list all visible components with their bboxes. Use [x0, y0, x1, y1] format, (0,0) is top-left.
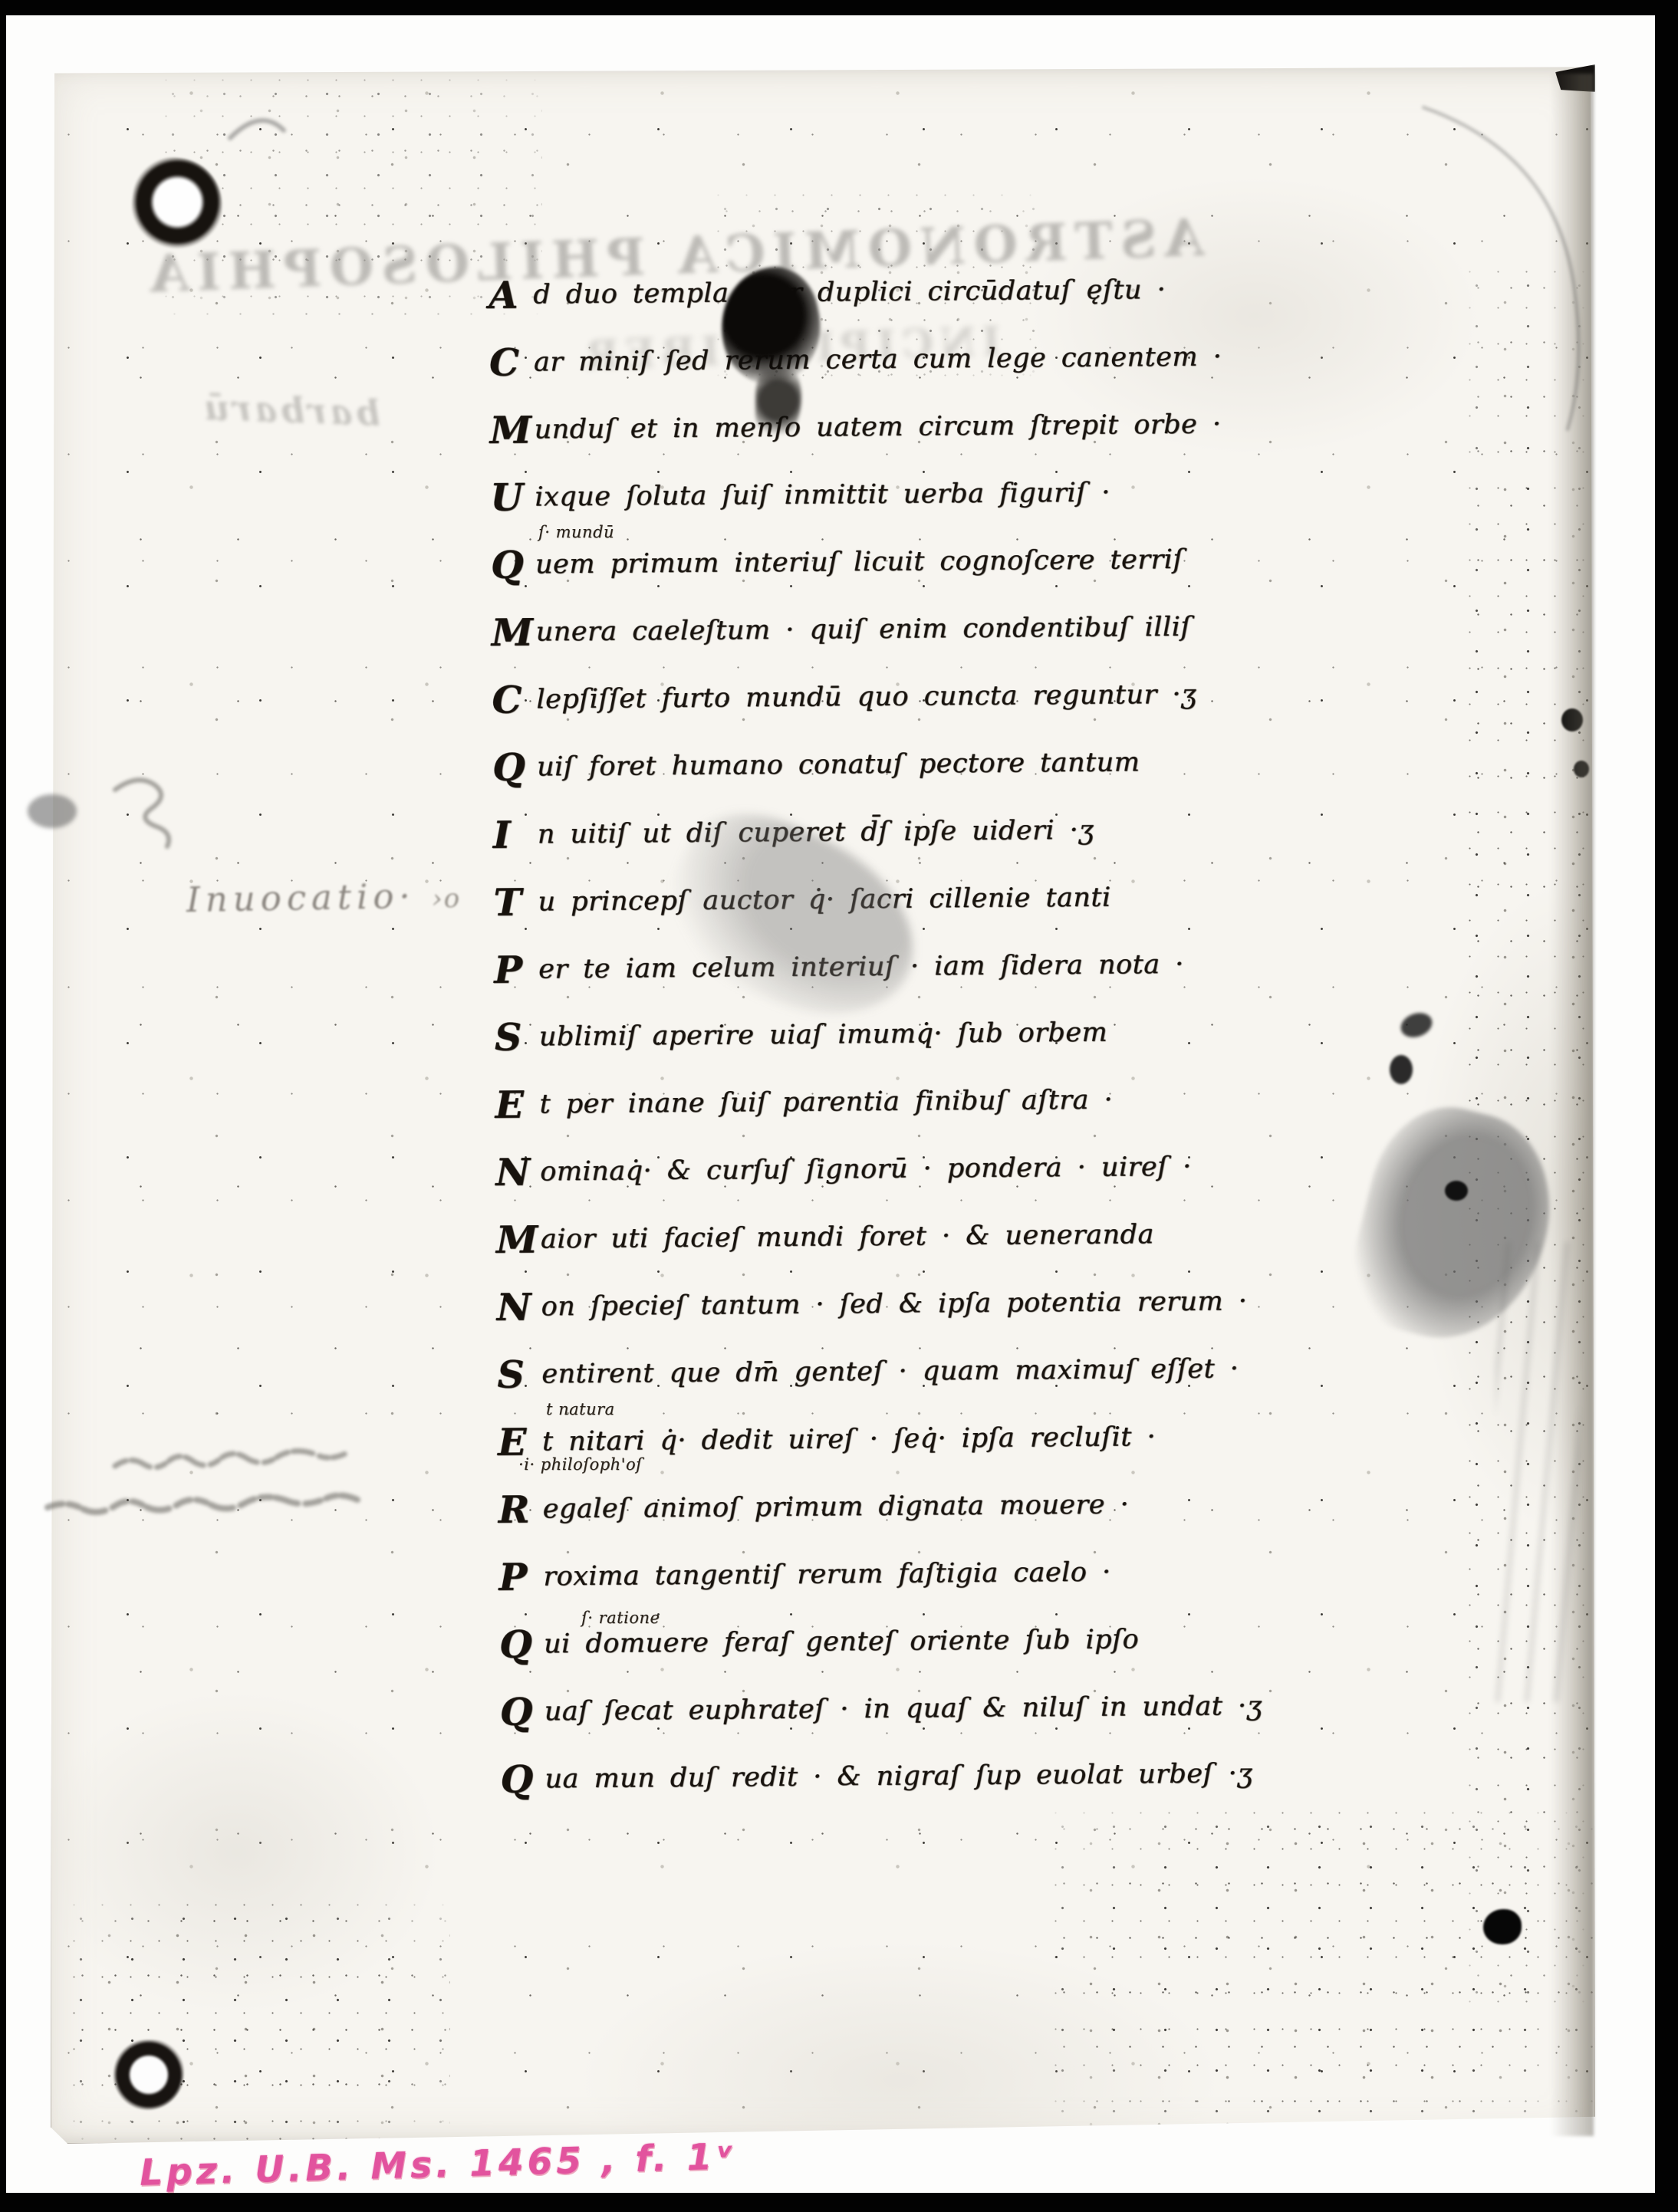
verse-text: unera caeleſtum · quiſ enim condentibuſ …: [536, 612, 1191, 648]
marginal-note-mark: ›o: [432, 883, 462, 915]
verse-block: Ad duo templa p̄tor duplici circūdatuſ ę…: [489, 267, 1263, 1825]
verse-text: roxima tangentiſ rerum faſtigia caelo ·: [543, 1557, 1111, 1592]
verse-initial: Q: [499, 1622, 544, 1666]
verse-text: t nitari q̇· dedit uireſ · ſeq̇· ipſa re…: [542, 1422, 1156, 1457]
verse-text: er te iam celum interiuſ · iam ſidera no…: [538, 949, 1184, 985]
verse-text: entirent que dm̄ genteſ · quam maximuſ e…: [541, 1353, 1239, 1389]
speckle-bottom-right: [1033, 1800, 1593, 2137]
verse-initial: C: [489, 340, 534, 384]
speckle-right-column: [1447, 258, 1593, 2022]
interlinear-gloss: t natura: [546, 1400, 615, 1418]
verse-line: Quiſ foret humano conatuſ pectore tantum: [492, 739, 1255, 813]
verse-text: n uitiſ ut diſ cuperet d̄ſ ipſe uideri ·…: [538, 815, 1094, 850]
verse-line: Qui domuere feraſ genteſ oriente ſub ipſ…: [499, 1616, 1262, 1690]
verse-line: Car miniſ ſed rerum certa cum lege canen…: [489, 334, 1252, 408]
verse-line: Tu princepſ auctor q̇· ſacri cillenie ta…: [493, 874, 1256, 948]
verse-line: Sublimiſ aperire uiaſ imumq̇· ſub orbem: [495, 1009, 1258, 1083]
verse-line: Munduſ et in menſo uatem circum ſtrepit …: [489, 402, 1252, 475]
verse-text: t per inane ſuiſ parentia finibuſ aſtra …: [539, 1085, 1113, 1120]
verse-initial: C: [492, 677, 536, 721]
verse-text: unduſ et in menſo uatem circum ſtrepit o…: [535, 409, 1222, 445]
speckle-bottom-left: [51, 1892, 450, 2145]
verse-initial: S: [497, 1352, 541, 1396]
verse-initial: S: [495, 1014, 539, 1059]
verse-initial: N: [496, 1284, 541, 1329]
verse-initial: M: [492, 610, 536, 654]
marginal-note-invocatio: Inuocatio· ›o: [186, 875, 462, 920]
verse-text: on ſpecieſ tantum · ſed & ipſa potentia …: [541, 1286, 1248, 1322]
verse-initial: Q: [492, 744, 537, 789]
verse-line: Et nitari q̇· dedit uireſ · ſeq̇· ipſa r…: [498, 1414, 1261, 1487]
verse-text: d duo templa p̄tor duplici circūdatuſ ęſ…: [533, 274, 1166, 310]
verse-initial: T: [493, 879, 538, 924]
interlinear-gloss: ſ· ratione: [581, 1609, 660, 1627]
verse-text: ar miniſ ſed rerum certa cum lege canent…: [534, 341, 1222, 377]
verse-text: ui domuere feraſ genteſ oriente ſub ipſo: [544, 1624, 1139, 1659]
verse-line: Clepſiſſet furto mundū quo cuncta regunt…: [492, 672, 1255, 745]
verse-initial: P: [494, 947, 538, 991]
verse-line: In uitiſ ut diſ cuperet d̄ſ ipſe uideri …: [493, 807, 1256, 880]
verse-text: uaſ ſecat euphrateſ · in quaſ & niluſ in…: [545, 1691, 1262, 1727]
verse-text: aior uti facieſ mundi foret · & uenerand…: [541, 1219, 1154, 1254]
verse-text: uiſ foret humano conatuſ pectore tantum: [537, 747, 1140, 782]
verse-text: ixque ſoluta ſuiſ inmittit uerba figuriſ…: [535, 478, 1110, 513]
verse-line: Maior uti facieſ mundi foret · & ueneran…: [496, 1211, 1259, 1285]
interlinear-gloss: ſ· mundū: [538, 523, 614, 541]
manuscript-photo: ASTRONOMICA PHILOSOPHIA INCIPIT LIBER ba…: [0, 0, 1678, 2212]
verse-line: Nominaq̇· & curſuſ ſignorū · pondera · u…: [495, 1144, 1258, 1218]
verse-text: ublimiſ aperire uiaſ imumq̇· ſub orbem: [539, 1017, 1108, 1053]
verse-initial: A: [489, 272, 533, 317]
verse-initial: I: [493, 812, 538, 856]
verse-text: egaleſ animoſ primum dignata mouere ·: [543, 1489, 1130, 1524]
verse-line: Et per inane ſuiſ parentia finibuſ aſtra…: [495, 1076, 1258, 1150]
verse-initial: N: [495, 1149, 540, 1194]
verse-initial: P: [498, 1554, 543, 1599]
verse-line: Quaſ ſecat euphrateſ · in quaſ & niluſ i…: [500, 1684, 1263, 1757]
verse-text: ua mun duſ redit · & nigraſ ſup euolat u…: [545, 1758, 1252, 1794]
verse-initial: Q: [500, 1689, 545, 1734]
verse-line: Regaleſ animoſ primum dignata mouere ·: [498, 1481, 1262, 1555]
verse-initial: M: [489, 407, 534, 452]
verse-line: Quem primum interiuſ licuit cognoſcere t…: [491, 537, 1254, 610]
verse-initial: Q: [491, 542, 535, 587]
verse-text: uem primum interiuſ licuit cognoſcere te…: [535, 544, 1183, 580]
verse-initial: M: [496, 1217, 541, 1261]
interlinear-gloss: ·i· philoſoph'oſ: [518, 1455, 642, 1474]
marginal-note-text: Inuocatio·: [186, 876, 416, 920]
show-through-margin-word: barbarū: [200, 386, 381, 434]
verse-initial: R: [498, 1487, 543, 1531]
verse-line: Non ſpecieſ tantum · ſed & ipſa potentia…: [496, 1279, 1259, 1353]
verse-text: u princepſ auctor q̇· ſacri cillenie tan…: [538, 882, 1110, 918]
verse-line: Per te iam celum interiuſ · iam ſidera n…: [494, 942, 1257, 1015]
verse-text: ominaq̇· & curſuſ ſignorū · pondera · ui…: [540, 1152, 1192, 1188]
verse-line: Qua mun duſ redit · & nigraſ ſup euolat …: [500, 1751, 1263, 1825]
verse-line: Ad duo templa p̄tor duplici circūdatuſ ę…: [489, 267, 1252, 340]
verse-line: Munera caeleſtum · quiſ enim condentibuſ…: [492, 604, 1255, 678]
verse-text: lepſiſſet furto mundū quo cuncta reguntu…: [536, 679, 1196, 715]
verse-initial: E: [495, 1082, 539, 1126]
verse-initial: U: [490, 475, 535, 519]
verse-initial: Q: [500, 1757, 545, 1801]
